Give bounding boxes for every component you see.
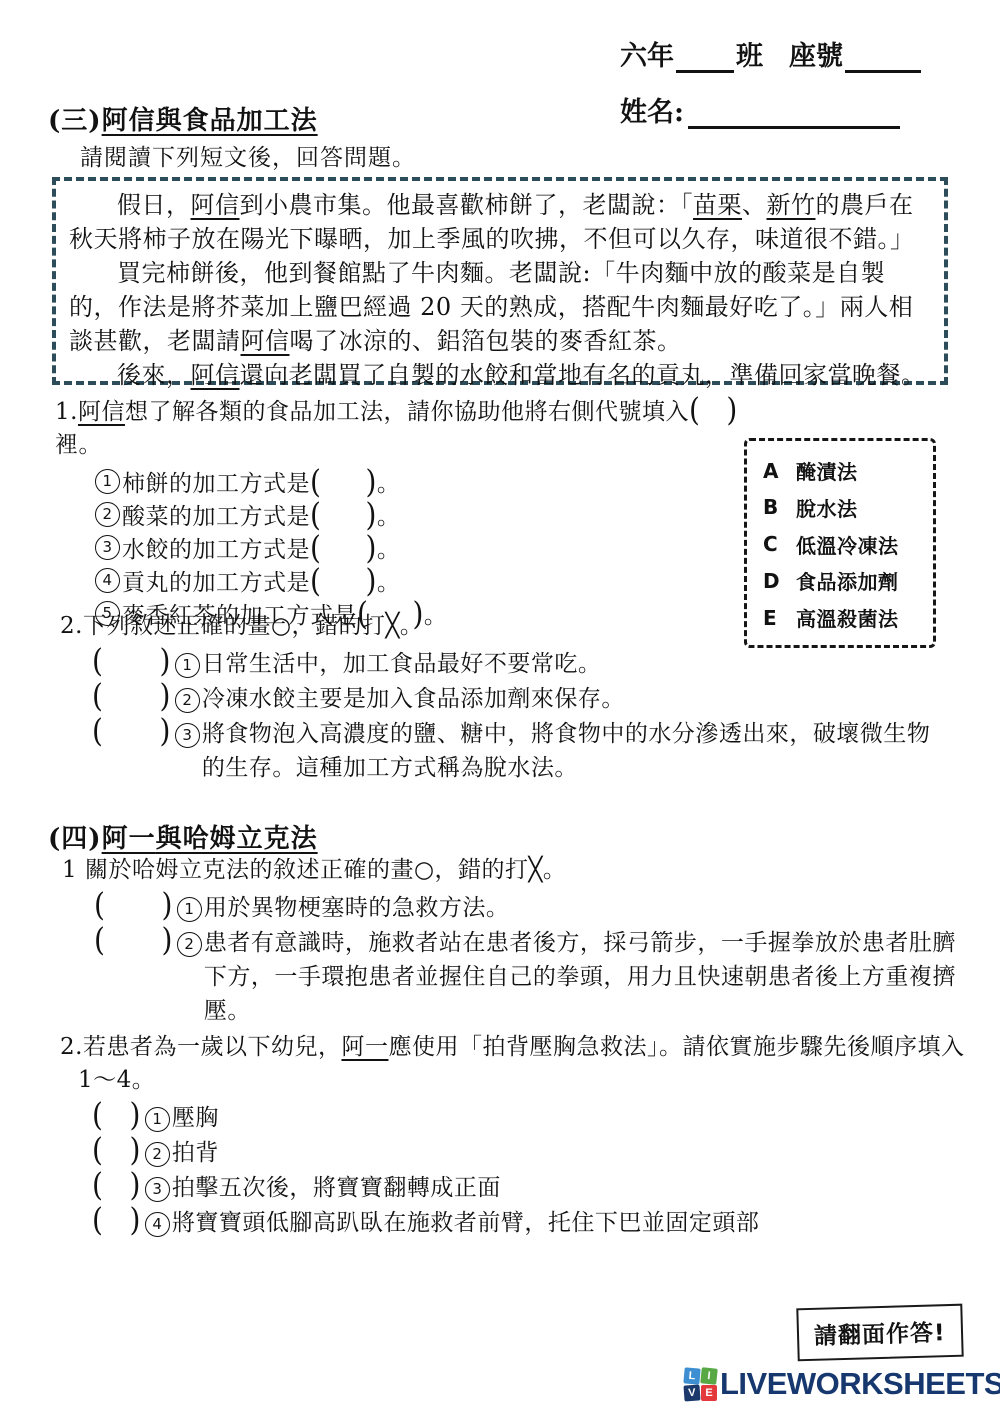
true-false-item: () 3 將食物泡入高濃度的鹽、糖中，將食物中的水分滲透出來，破壞微生物的生存。… <box>92 717 950 785</box>
answer-blank[interactable]: () <box>92 647 171 675</box>
item-suffix: 。 <box>377 465 401 498</box>
answer-blank[interactable]: () <box>310 534 377 562</box>
liveworksheets-logo: L I V E LIVEWORKSHEETS <box>684 1366 1000 1402</box>
question-4-1: 1 關於哈姆立克法的敘述正確的畫○，錯的打╳。 () 1 用於異物梗塞時的急救方… <box>62 854 967 1028</box>
close-paren: ) <box>365 498 376 530</box>
open-paren: ( <box>92 1099 103 1131</box>
question-2-stem: 2.下列敘述正確的畫○，錯的打╳。 <box>60 610 950 643</box>
passage-paragraph: 假日，阿信到小農市集。他最喜歡柿餅了，老闆說：「苗栗、新竹的農戶在秋天將柿子放在… <box>69 188 932 256</box>
close-paren: ) <box>129 1134 140 1166</box>
question-4-1-stem: 1 關於哈姆立克法的敘述正確的畫○，錯的打╳。 <box>62 854 967 887</box>
true-false-item: () 2 冷凍水餃主要是加入食品添加劑來保存。 <box>92 682 950 716</box>
answer-blank[interactable]: () <box>92 682 171 710</box>
logo-tile: V <box>683 1384 700 1401</box>
open-paren: ( <box>310 531 321 563</box>
open-paren: ( <box>310 564 321 596</box>
item-text: 壓胸 <box>172 1101 968 1135</box>
item-text: 用於異物梗塞時的急救方法。 <box>204 891 967 925</box>
open-paren: ( <box>92 1169 103 1201</box>
close-paren: ) <box>365 531 376 563</box>
close-paren: ) <box>161 924 172 956</box>
answer-blank[interactable]: () <box>689 396 738 424</box>
circled-number: 1 <box>95 469 120 494</box>
item-text: 拍背 <box>172 1136 968 1170</box>
class-seat-line: 六年班座號 <box>620 34 921 73</box>
question-4-1-items: () 1 用於異物梗塞時的急救方法。 () 2 患者有意識時，施救者站在患者後方… <box>94 891 967 1028</box>
option-row: C 低溫冷凍法 <box>763 530 925 559</box>
liveworksheets-logo-icon: L I V E <box>684 1368 717 1401</box>
option-code: B <box>763 495 796 519</box>
circled-number: 3 <box>95 535 120 560</box>
close-paren: ) <box>129 1204 140 1236</box>
question-1-items: 1 柿餅的加工方式是 () 。 2 酸菜的加工方式是 () 。 3 水餃的加工方… <box>95 465 755 630</box>
open-paren: ( <box>92 1204 103 1236</box>
true-false-item: () 2 患者有意識時，施救者站在患者後方，採弓箭步，一手握拳放於患者肚臍下方，… <box>94 926 967 1028</box>
answer-blank[interactable]: () <box>92 1206 141 1234</box>
ordering-item: () 1 壓胸 <box>92 1101 968 1135</box>
close-paren: ) <box>129 1099 140 1131</box>
answer-blank[interactable]: () <box>94 926 173 954</box>
question-1-item: 1 柿餅的加工方式是 () 。 <box>95 465 755 498</box>
item-text: 水餃的加工方式是 <box>122 531 310 564</box>
close-paren: ) <box>159 645 170 677</box>
circled-number: 2 <box>95 502 120 527</box>
circled-number: 4 <box>145 1212 170 1237</box>
open-paren: ( <box>310 465 321 497</box>
item-suffix: 。 <box>377 564 401 597</box>
question-1-item: 4 貢丸的加工方式是 () 。 <box>95 564 755 597</box>
option-row: D 食品添加劑 <box>763 566 925 595</box>
circled-number: 2 <box>175 688 200 713</box>
class-label: 班 <box>736 34 763 73</box>
grade-label: 六年 <box>620 34 674 73</box>
close-paren: ) <box>129 1169 140 1201</box>
option-code: A <box>763 459 796 483</box>
close-paren: ) <box>159 715 170 747</box>
item-text: 冷凍水餃主要是加入食品添加劑來保存。 <box>202 682 950 716</box>
close-paren: ) <box>161 889 172 921</box>
seat-blank[interactable] <box>845 42 921 73</box>
option-row: B 脫水法 <box>763 493 925 522</box>
true-false-item: () 1 日常生活中，加工食品最好不要常吃。 <box>92 647 950 681</box>
open-paren: ( <box>92 1134 103 1166</box>
item-suffix: 。 <box>377 531 401 564</box>
flip-page-note: 請翻面作答! <box>796 1304 963 1362</box>
option-row: A 醃漬法 <box>763 456 925 485</box>
question-4-2: 2.若患者為一歲以下幼兒，阿一應使用「拍背壓胸急救法」。請依實施步驟先後順序填入… <box>60 1031 968 1240</box>
circled-number: 1 <box>175 653 200 678</box>
name-line: 姓名: <box>620 90 921 129</box>
answer-blank[interactable]: () <box>310 468 377 496</box>
close-paren: ) <box>159 680 170 712</box>
ordering-item: () 4 將寶寶頭低腳高趴臥在施救者前臂，托住下巴並固定頭部 <box>92 1206 968 1240</box>
name-blank[interactable] <box>688 98 900 129</box>
option-label: 低溫冷凍法 <box>796 530 899 559</box>
answer-blank[interactable]: () <box>310 501 377 529</box>
close-paren: ) <box>365 465 376 497</box>
answer-blank[interactable]: () <box>92 1171 141 1199</box>
question-2-items: () 1 日常生活中，加工食品最好不要常吃。 () 2 冷凍水餃主要是加入食品添… <box>92 647 950 785</box>
question-1-stem: 1.阿信想了解各類的食品加工法，請你協助他將右側代號填入()裡。 <box>55 396 755 462</box>
option-label: 醃漬法 <box>796 456 858 485</box>
option-code: D <box>763 569 796 593</box>
option-label: 脫水法 <box>796 493 858 522</box>
answer-blank[interactable]: () <box>92 717 171 745</box>
passage-paragraph: 買完柿餅後，他到餐館點了牛肉麵。老闆說:「牛肉麵中放的酸菜是自製的，作法是將芥菜… <box>69 256 932 358</box>
item-text: 將食物泡入高濃度的鹽、糖中，將食物中的水分滲透出來，破壞微生物的生存。這種加工方… <box>202 717 950 785</box>
item-text: 貢丸的加工方式是 <box>122 564 310 597</box>
circled-number: 4 <box>95 568 120 593</box>
name-label: 姓名: <box>620 90 684 129</box>
student-info-header: 六年班座號 姓名: <box>620 34 921 129</box>
open-paren: ( <box>92 645 103 677</box>
item-text: 日常生活中，加工食品最好不要常吃。 <box>202 647 950 681</box>
circled-number: 1 <box>145 1107 170 1132</box>
question-1-item: 2 酸菜的加工方式是 () 。 <box>95 498 755 531</box>
item-suffix: 。 <box>377 498 401 531</box>
item-text: 拍擊五次後，將寶寶翻轉成正面 <box>172 1171 968 1205</box>
seat-label: 座號 <box>789 34 843 73</box>
circled-number: 2 <box>145 1142 170 1167</box>
passage-paragraph: 後來，阿信還向老闆買了自製的水餃和當地有名的貢丸，準備回家當晚餐。 <box>69 358 932 392</box>
question-1-item: 3 水餃的加工方式是 () 。 <box>95 531 755 564</box>
answer-blank[interactable]: () <box>310 567 377 595</box>
question-1: 1.阿信想了解各類的食品加工法，請你協助他將右側代號填入()裡。 1 柿餅的加工… <box>55 396 755 630</box>
open-paren: ( <box>94 889 105 921</box>
ordering-item: () 2 拍背 <box>92 1136 968 1170</box>
open-paren: ( <box>92 715 103 747</box>
section4-title: (四)阿一與哈姆立克法 <box>48 818 318 855</box>
option-code: C <box>763 532 796 556</box>
class-blank[interactable] <box>676 42 734 73</box>
option-label: 食品添加劑 <box>796 566 899 595</box>
item-text: 酸菜的加工方式是 <box>122 498 310 531</box>
circled-number: 3 <box>175 723 200 748</box>
reading-passage-box: 假日，阿信到小農市集。他最喜歡柿餅了，老闆說：「苗栗、新竹的農戶在秋天將柿子放在… <box>52 177 948 385</box>
logo-tile: I <box>700 1367 718 1385</box>
liveworksheets-logo-text: LIVEWORKSHEETS <box>720 1366 1000 1402</box>
item-text: 將寶寶頭低腳高趴臥在施救者前臂，托住下巴並固定頭部 <box>172 1206 968 1240</box>
true-false-item: () 1 用於異物梗塞時的急救方法。 <box>94 891 967 925</box>
question-4-2-stem: 2.若患者為一歲以下幼兒，阿一應使用「拍背壓胸急救法」。請依實施步驟先後順序填入… <box>60 1031 968 1097</box>
question-2: 2.下列敘述正確的畫○，錯的打╳。 () 1 日常生活中，加工食品最好不要常吃。… <box>60 610 950 785</box>
open-paren: ( <box>94 924 105 956</box>
section3-title: (三)阿信與食品加工法 <box>48 100 318 137</box>
answer-blank[interactable]: () <box>92 1136 141 1164</box>
section3-instructions: 請閱讀下列短文後，回答問題。 <box>80 139 416 172</box>
circled-number: 2 <box>177 932 202 957</box>
open-paren: ( <box>310 498 321 530</box>
ordering-item: () 3 拍擊五次後，將寶寶翻轉成正面 <box>92 1171 968 1205</box>
logo-tile: L <box>683 1367 700 1384</box>
question-4-2-items: () 1 壓胸 () 2 拍背 () 3 拍擊五次後，將寶寶翻轉成正面 <box>92 1101 968 1240</box>
circled-number: 3 <box>145 1177 170 1202</box>
close-paren: ) <box>365 564 376 596</box>
answer-blank[interactable]: () <box>92 1101 141 1129</box>
open-paren: ( <box>92 680 103 712</box>
item-text: 患者有意識時，施救者站在患者後方，採弓箭步，一手握拳放於患者肚臍下方，一手環抱患… <box>204 926 967 1028</box>
circled-number: 1 <box>177 897 202 922</box>
worksheet-page: 六年班座號 姓名: (三)阿信與食品加工法 請閱讀下列短文後，回答問題。 假日，… <box>0 0 1000 1414</box>
answer-blank[interactable]: () <box>94 891 173 919</box>
logo-tile: E <box>701 1385 717 1401</box>
item-text: 柿餅的加工方式是 <box>122 465 310 498</box>
